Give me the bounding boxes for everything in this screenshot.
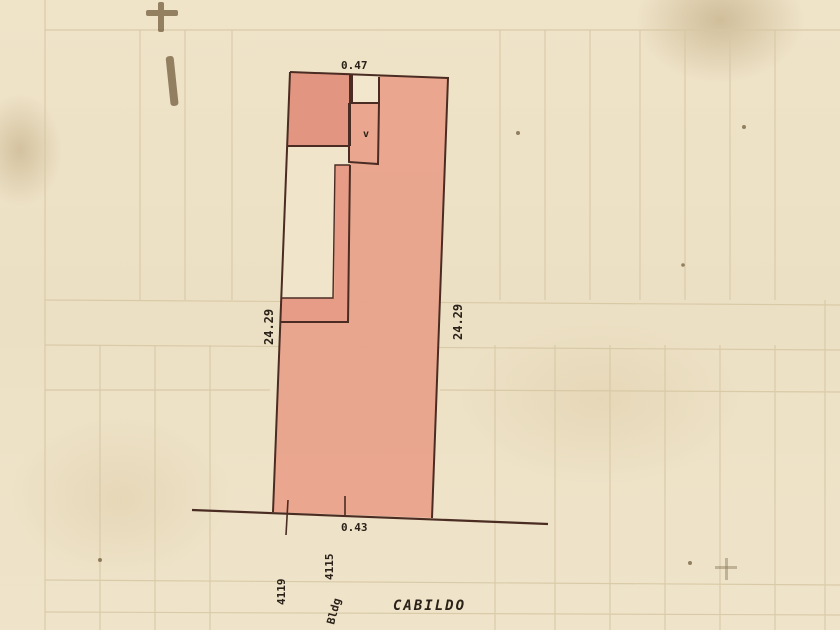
- lot-annotation: Bldg: [324, 597, 343, 626]
- lot-number-right: 4115: [323, 554, 336, 581]
- plat-drawing: v 0.47 0.43 24.29 24.29 4119 4115 Bldg C…: [0, 0, 840, 630]
- bottom-frontage-label: 0.43: [341, 521, 368, 534]
- lot-number-left: 4119: [275, 579, 288, 606]
- left-depth-label: 24.29: [262, 309, 276, 345]
- room-mark: v: [363, 129, 369, 140]
- right-depth-label: 24.29: [451, 304, 465, 340]
- top-unfilled-box: [352, 75, 379, 103]
- room-top-left: [288, 72, 350, 146]
- top-frontage-label: 0.47: [341, 59, 368, 72]
- street-name-label: CABILDO: [393, 598, 466, 614]
- survey-map: v 0.47 0.43 24.29 24.29 4119 4115 Bldg C…: [0, 0, 840, 630]
- building-footprint: [273, 72, 448, 518]
